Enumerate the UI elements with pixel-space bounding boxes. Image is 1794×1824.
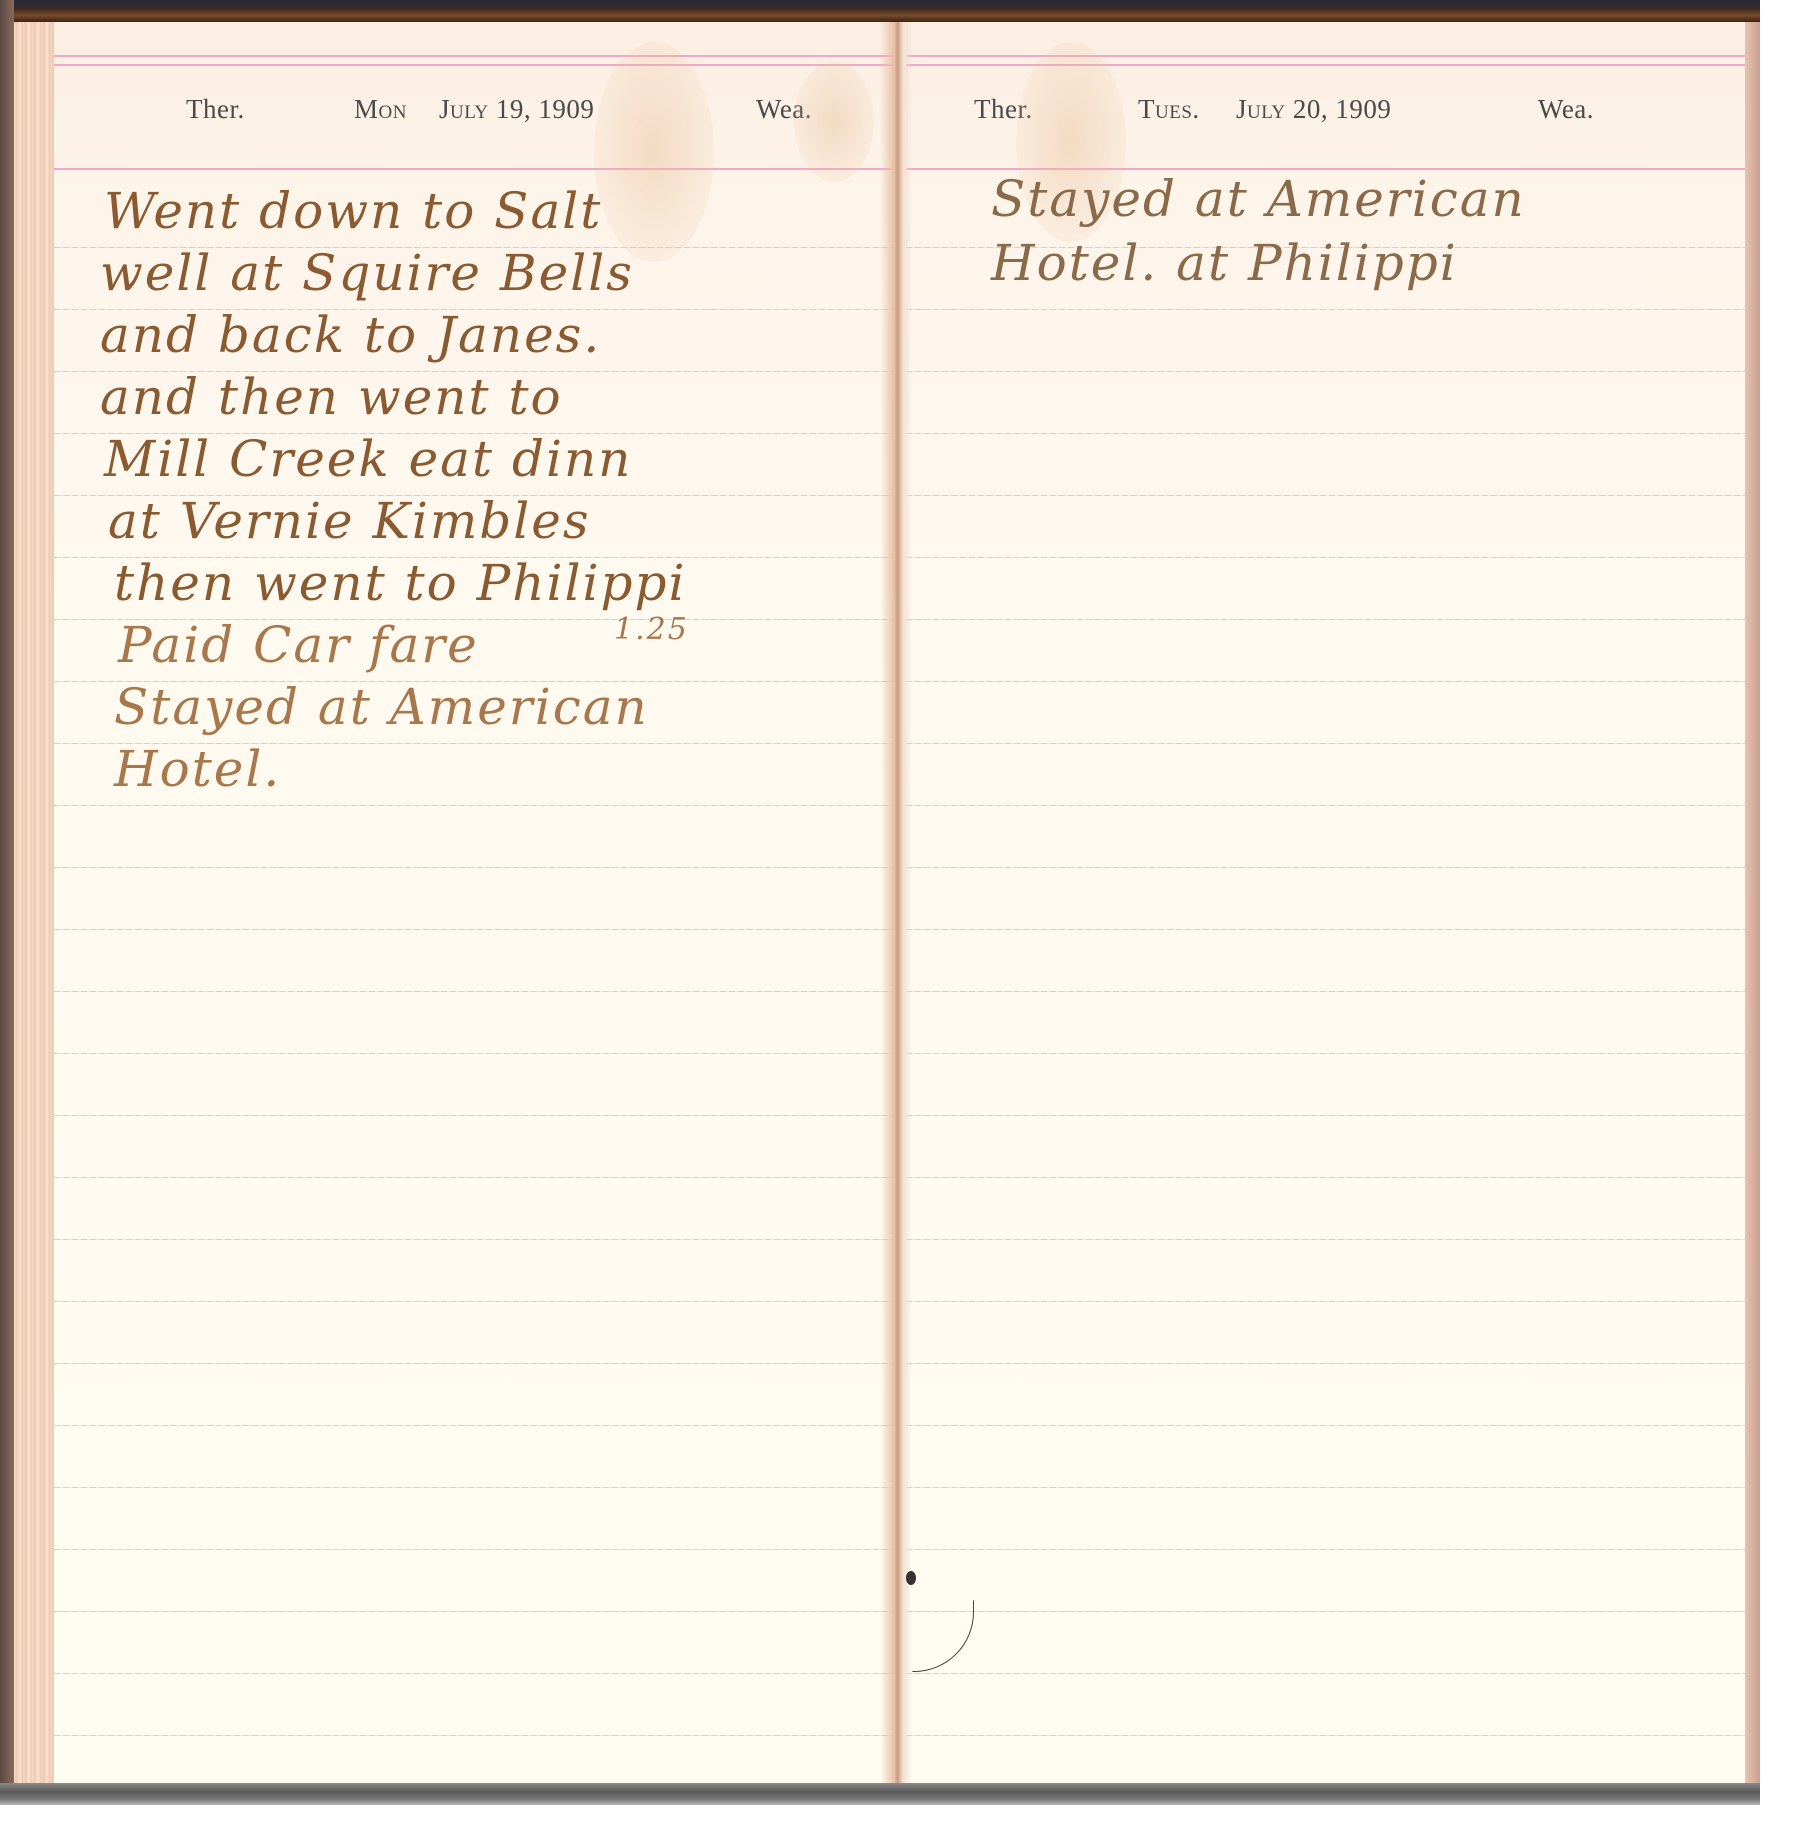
handwritten-line: Mill Creek eat dinn [104,430,632,488]
handwritten-line: Paid Car fare [118,616,479,674]
ruled-line [54,1611,900,1612]
ruled-line [54,1239,900,1240]
ink-blot [906,1571,916,1585]
thermometer-label: Ther. [186,94,245,125]
water-stain [594,42,714,262]
ruled-line [906,1673,1745,1674]
page-block-right-edge [1745,22,1760,1783]
handwritten-line: Went down to Salt [104,182,602,240]
handwritten-line: well at Squire Bells [100,244,634,302]
handwritten-line: and then went to [100,368,563,426]
ruled-line [54,1735,900,1736]
ruled-line [906,1363,1745,1364]
handwritten-line: Hotel. at Philippi [991,234,1458,292]
ruled-line [54,1363,900,1364]
ruled-line [906,433,1745,434]
handwritten-line: Stayed at American [114,678,649,736]
car-fare-amount: 1.25 [614,612,689,647]
right-page: Ther. Tues. July 20, 1909 Wea. Stayed at… [906,22,1745,1783]
ruled-line [906,1115,1745,1116]
ruled-line [54,805,900,806]
ruled-line [906,371,1745,372]
ruled-line [906,929,1745,930]
ruled-line [906,805,1745,806]
ruled-line [906,867,1745,868]
day-of-week: Tues. [1138,94,1200,125]
book-cover-top-edge [0,0,1760,22]
left-page: Ther. Mon July 19, 1909 Wea. Went down t… [54,22,900,1783]
ruled-line [906,1177,1745,1178]
header-rule-top [54,55,900,57]
ruled-line [54,1115,900,1116]
handwritten-line: at Vernie Kimbles [108,492,591,550]
ruled-line [54,1177,900,1178]
weather-label: Wea. [756,94,812,125]
ruled-line [54,867,900,868]
ruled-line [906,1487,1745,1488]
entry-date: July 20, 1909 [1236,94,1391,125]
ruled-line [906,1053,1745,1054]
ruled-line [54,1301,900,1302]
ruled-line [906,619,1745,620]
ruled-line [54,1549,900,1550]
thermometer-label: Ther. [974,94,1033,125]
ruled-line [906,743,1745,744]
ruled-line [906,1549,1745,1550]
ruled-line [54,1053,900,1054]
ruled-line [54,1673,900,1674]
ruled-line [906,495,1745,496]
day-of-week: Mon [354,94,407,125]
ruled-line [54,929,900,930]
ruled-line [906,1611,1745,1612]
handwritten-line: Stayed at American [991,170,1526,228]
ruled-line [906,1735,1745,1736]
ruled-line [906,1425,1745,1426]
header-rule-bottom [54,168,900,170]
entry-date: July 19, 1909 [439,94,594,125]
handwritten-line: Hotel. [114,740,281,798]
page-block-left-edge [14,22,56,1783]
header-rule-top-second [54,64,900,66]
handwritten-line: and back to Janes. [100,306,601,364]
ruled-line [54,991,900,992]
ruled-line [906,557,1745,558]
ruled-line [906,1239,1745,1240]
ruled-line [54,1487,900,1488]
ruled-line [906,309,1745,310]
book-cover-bottom-edge [0,1783,1760,1805]
handwritten-line: then went to Philippi [114,554,686,612]
book-cover-left-edge [0,0,14,1805]
weather-label: Wea. [1538,94,1594,125]
left-page-header: Ther. Mon July 19, 1909 Wea. [54,94,900,134]
ruled-line [54,1425,900,1426]
ruled-line [906,1301,1745,1302]
ruled-line [906,991,1745,992]
header-rule-top [906,55,1745,57]
ruled-line [906,681,1745,682]
header-rule-top-second [906,64,1745,66]
right-page-header: Ther. Tues. July 20, 1909 Wea. [906,94,1745,134]
